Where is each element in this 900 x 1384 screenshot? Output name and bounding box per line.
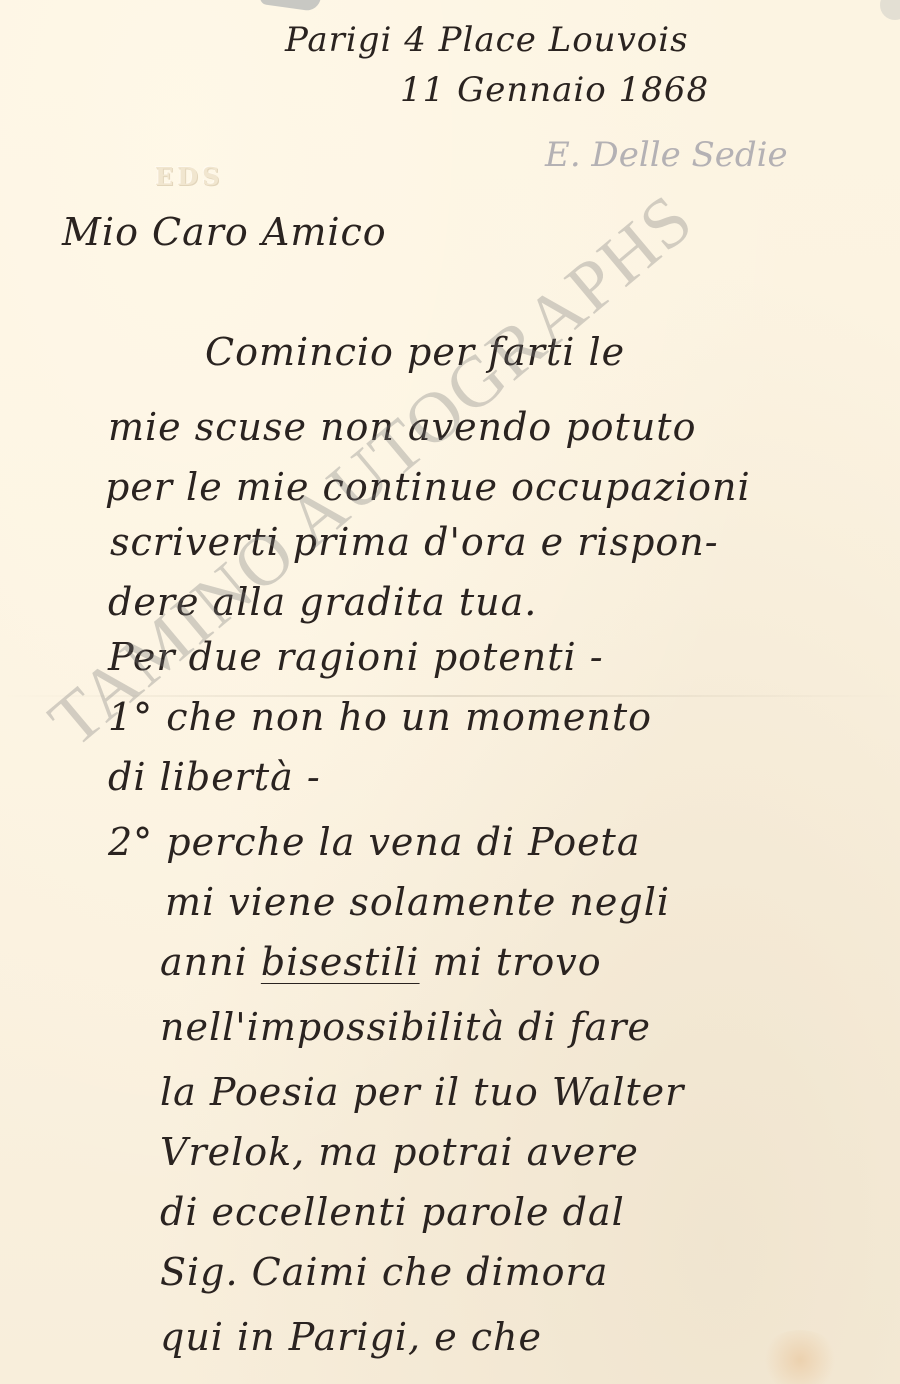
body-word: anni bbox=[160, 940, 248, 984]
letter-address: Parigi 4 Place Louvois bbox=[285, 20, 689, 60]
body-line: nell'impossibilità di fare bbox=[160, 1005, 651, 1049]
body-line: mi viene solamente negli bbox=[165, 880, 670, 924]
body-line: la Poesia per il tuo Walter bbox=[160, 1070, 684, 1114]
paper-stain bbox=[760, 1330, 840, 1384]
embossed-monogram: EDS bbox=[155, 162, 223, 191]
underlined-word: bisestili bbox=[261, 940, 420, 984]
body-line: 1° che non ho un momento bbox=[108, 695, 652, 739]
body-line: anni bisestili mi trovo bbox=[160, 940, 602, 984]
body-line: Vrelok, ma potrai avere bbox=[160, 1130, 639, 1174]
pencil-attribution: E. Delle Sedie bbox=[545, 135, 788, 175]
letter-page: Parigi 4 Place Louvois 11 Gennaio 1868 E… bbox=[0, 0, 900, 1384]
body-line: qui in Parigi, e che bbox=[160, 1315, 542, 1359]
body-word: mi trovo bbox=[433, 940, 602, 984]
letter-date: 11 Gennaio 1868 bbox=[400, 70, 709, 110]
torn-corner bbox=[880, 0, 900, 20]
body-line: 2° perche la vena di Poeta bbox=[108, 820, 641, 864]
body-line: di libertà - bbox=[108, 755, 321, 799]
body-line: Sig. Caimi che dimora bbox=[160, 1250, 608, 1294]
salutation: Mio Caro Amico bbox=[62, 210, 387, 254]
body-line: di eccellenti parole dal bbox=[160, 1190, 625, 1234]
torn-edge bbox=[259, 0, 320, 12]
